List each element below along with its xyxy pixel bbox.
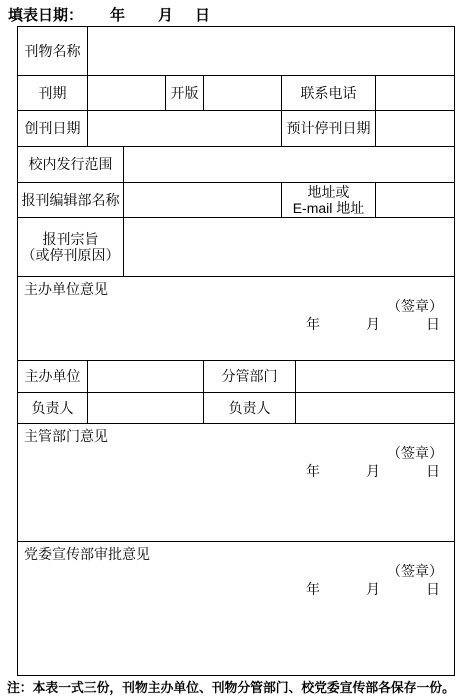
founding-date-value[interactable] [88,111,282,147]
frequency-label: 刊期 [18,76,88,111]
format-label: 开版 [166,76,204,111]
organizer-opinion-cell[interactable]: 主办单位意见 （签章） 年月日 [18,277,455,361]
managing-dept-value[interactable] [296,361,455,393]
expected-stop-date-value[interactable] [376,111,455,147]
form-date-day-label: 日 [195,7,210,24]
table-row: 创刊日期 预计停刊日期 [18,111,455,147]
month-label: 月 [366,463,380,479]
purpose-line1: 报刊宗旨 [18,231,123,247]
form-date-label: 填表日期： [8,7,83,24]
format-value[interactable] [204,76,282,111]
table-row: 刊物名称 [18,27,455,76]
managing-dept-label: 分管部门 [204,361,296,393]
table-row: 主办单位 分管部门 [18,361,455,393]
form-date-year-label: 年 [110,7,125,24]
table-row: 负责人 负责人 [18,393,455,424]
supervising-ymd-line: 年月日 [24,462,448,480]
table-row: 主办单位意见 （签章） 年月日 [18,277,455,361]
campus-distribution-value[interactable] [124,147,455,183]
table-row: 党委宣传部审批意见 （签章） 年月日 [18,542,455,676]
managing-dept-person-value[interactable] [296,393,455,424]
month-label: 月 [366,581,380,597]
party-propaganda-opinion-label: 党委宣传部审批意见 [24,546,448,563]
table-row: 报刊宗旨 （或停刊原因） [18,218,455,277]
founding-date-label: 创刊日期 [18,111,88,147]
publication-form-table: 刊物名称 刊期 开版 联系电话 创刊日期 预计停刊日期 校内发行范围 报刊编辑部… [17,26,455,676]
day-label: 日 [426,581,440,597]
editorial-dept-label: 报刊编辑部名称 [18,183,124,218]
organizer-person-label: 负责人 [18,393,88,424]
organizer-value[interactable] [88,361,204,393]
organizer-label: 主办单位 [18,361,88,393]
supervising-dept-opinion-label: 主管部门意见 [24,428,448,445]
party-seal-label: （签章） [24,563,448,580]
table-row: 校内发行范围 [18,147,455,183]
party-ymd-line: 年月日 [24,580,448,598]
supervising-dept-opinion-cell[interactable]: 主管部门意见 （签章） 年月日 [18,424,455,542]
party-propaganda-opinion-cell[interactable]: 党委宣传部审批意见 （签章） 年月日 [18,542,455,676]
form-date-month-label: 月 [158,7,173,24]
campus-distribution-label: 校内发行范围 [18,147,124,183]
address-or-email-value[interactable] [376,183,455,218]
purpose-value[interactable] [124,218,455,277]
organizer-person-value[interactable] [88,393,204,424]
contact-phone-label: 联系电话 [282,76,376,111]
purpose-line2: （或停刊原因） [18,247,123,263]
address-or-email-line2: E-mail 地址 [282,200,375,216]
publication-name-label: 刊物名称 [18,27,88,76]
table-row: 刊期 开版 联系电话 [18,76,455,111]
footer-note: 注：本表一式三份，刊物主办单位、刊物分管部门、校党委宣传部各保存一份。 [7,677,455,696]
organizer-ymd-line: 年月日 [24,315,448,333]
expected-stop-date-label: 预计停刊日期 [282,111,376,147]
day-label: 日 [426,463,440,479]
organizer-opinion-label: 主办单位意见 [24,281,448,298]
address-or-email-line1: 地址或 [282,184,375,200]
day-label: 日 [426,316,440,332]
year-label: 年 [306,316,320,332]
table-row: 主管部门意见 （签章） 年月日 [18,424,455,542]
organizer-seal-label: （签章） [24,298,448,315]
purpose-label: 报刊宗旨 （或停刊原因） [18,218,124,277]
month-label: 月 [366,316,380,332]
frequency-value[interactable] [88,76,166,111]
year-label: 年 [306,463,320,479]
editorial-dept-value[interactable] [124,183,282,218]
contact-phone-value[interactable] [376,76,455,111]
year-label: 年 [306,581,320,597]
table-row: 报刊编辑部名称 地址或 E-mail 地址 [18,183,455,218]
managing-dept-person-label: 负责人 [204,393,296,424]
publication-name-value[interactable] [88,27,455,76]
address-or-email-label: 地址或 E-mail 地址 [282,183,376,218]
supervising-seal-label: （签章） [24,445,448,462]
form-date-line: 填表日期：年月日 [8,4,210,25]
